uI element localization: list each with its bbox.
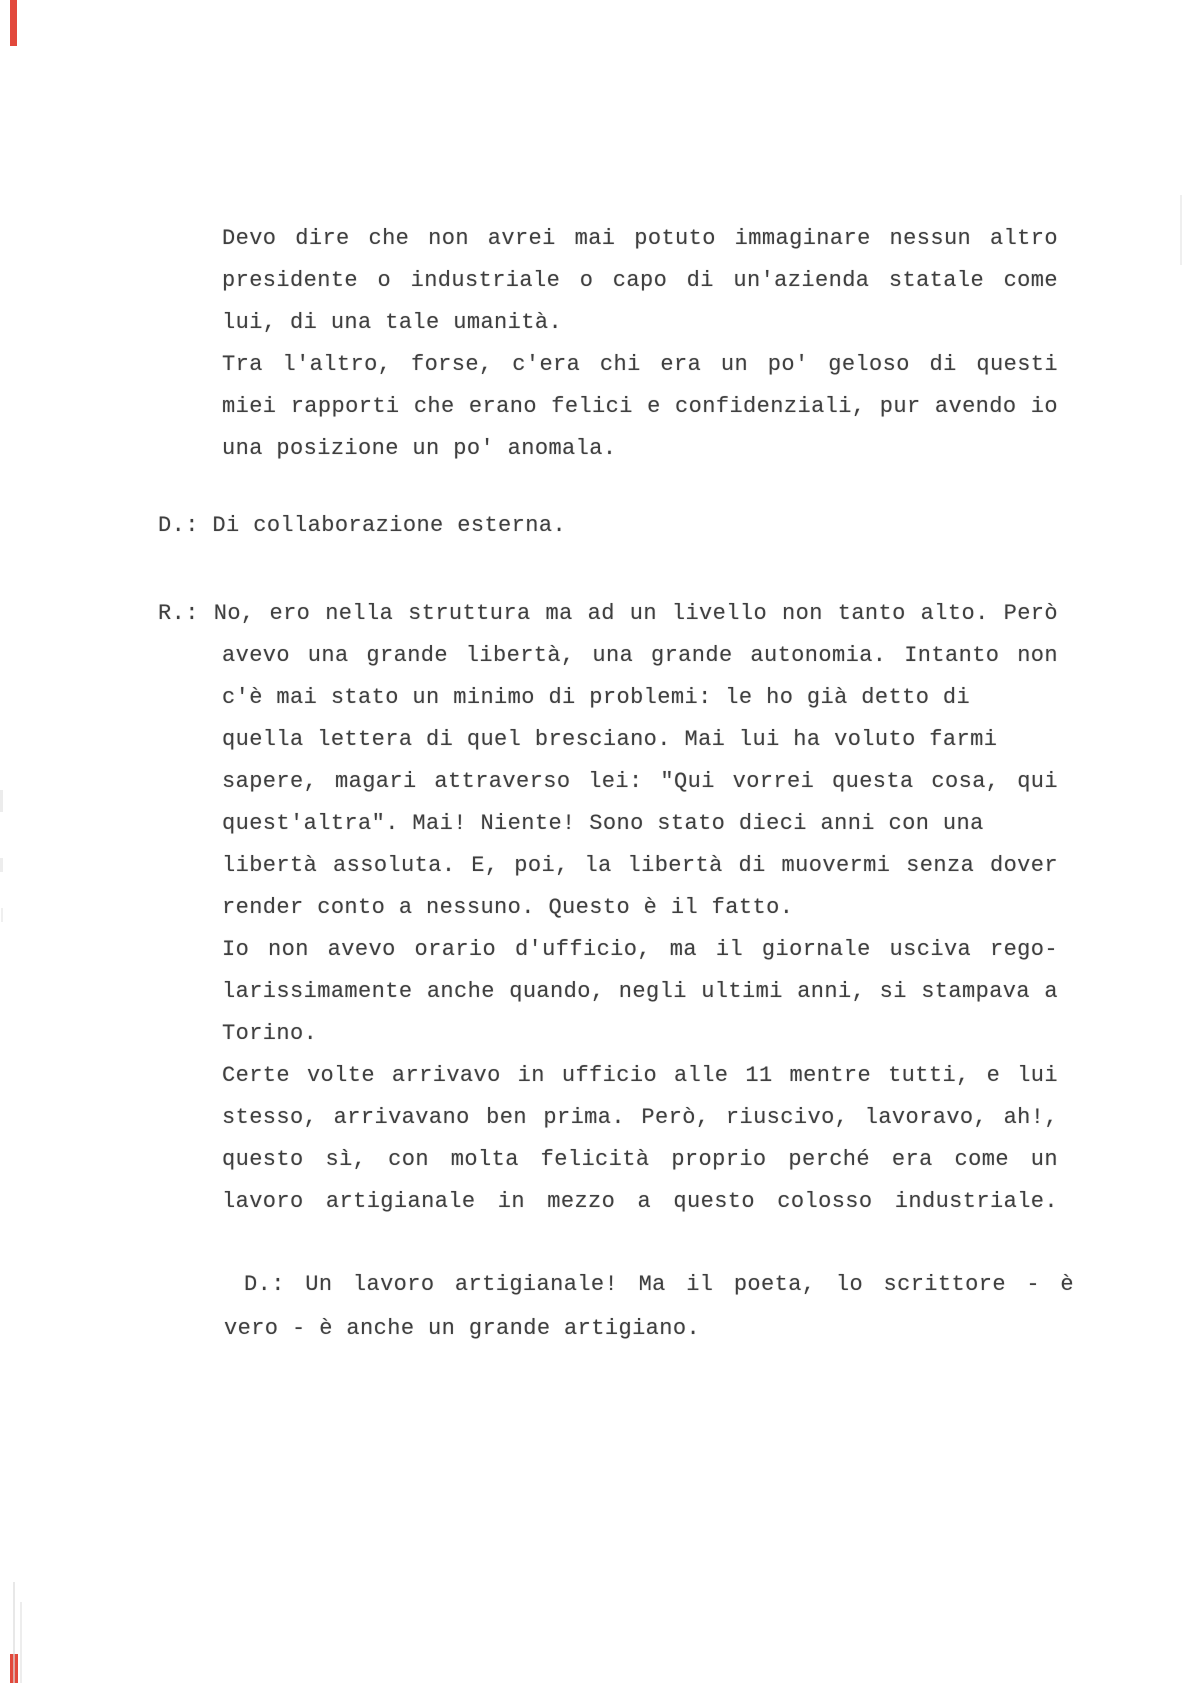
paragraph-answer-continuation: Devo dire che non avrei mai potuto immag… xyxy=(222,218,1058,470)
scan-artifact-smudge xyxy=(0,790,3,812)
paragraph-answer: R.: No, ero nella struttura ma ad un liv… xyxy=(222,593,1058,1223)
scanned-document-page: Devo dire che non avrei mai potuto immag… xyxy=(0,0,1190,1683)
text-line: R.: No, ero nella struttura ma ad un liv… xyxy=(222,593,1058,635)
text-line: Certe volte arrivavo in ufficio alle 11 … xyxy=(222,1055,1058,1097)
paragraph-question-1: D.: Di collaborazione esterna. xyxy=(158,505,1058,547)
text-line: una posizione un po' anomala. xyxy=(222,428,1058,470)
scan-artifact-line xyxy=(20,1602,22,1683)
scan-artifact-smudge xyxy=(1,908,3,922)
text-line: D.: Un lavoro artigianale! Ma il poeta, … xyxy=(224,1263,1074,1307)
red-edge-mark-top xyxy=(10,0,17,46)
text-line: stesso, arrivavano ben prima. Però, rius… xyxy=(222,1097,1058,1139)
text-line: lui, di una tale umanità. xyxy=(222,302,1058,344)
scan-artifact-smudge xyxy=(0,858,3,872)
text-line: lavoro artigianale in mezzo a questo col… xyxy=(222,1181,1058,1223)
text-line: quella lettera di quel bresciano. Mai lu… xyxy=(222,719,1058,761)
text-line: Devo dire che non avrei mai potuto immag… xyxy=(222,218,1058,260)
scan-artifact-line xyxy=(13,1582,15,1683)
text-line: D.: Di collaborazione esterna. xyxy=(158,505,1058,547)
text-line: questo sì, con molta felicità proprio pe… xyxy=(222,1139,1058,1181)
text-line: c'è mai stato un minimo di problemi: le … xyxy=(222,677,1058,719)
text-line: libertà assoluta. E, poi, la libertà di … xyxy=(222,845,1058,887)
text-line: Tra l'altro, forse, c'era chi era un po'… xyxy=(222,344,1058,386)
text-line: quest'altra". Mai! Niente! Sono stato di… xyxy=(222,803,1058,845)
text-line: presidente o industriale o capo di un'az… xyxy=(222,260,1058,302)
text-line: avevo una grande libertà, una grande aut… xyxy=(222,635,1058,677)
text-line: vero - è anche un grande artigiano. xyxy=(224,1307,1074,1351)
text-line: Io non avevo orario d'ufficio, ma il gio… xyxy=(222,929,1058,971)
scan-artifact-line xyxy=(1180,195,1182,265)
paragraph-question-2: D.: Un lavoro artigianale! Ma il poeta, … xyxy=(224,1263,1074,1351)
text-line: miei rapporti che erano felici e confide… xyxy=(222,386,1058,428)
text-line: larissimamente anche quando, negli ultim… xyxy=(222,971,1058,1013)
text-line: sapere, magari attraverso lei: "Qui vorr… xyxy=(222,761,1058,803)
text-line: Torino. xyxy=(222,1013,1058,1055)
text-line: render conto a nessuno. Questo è il fatt… xyxy=(222,887,1058,929)
